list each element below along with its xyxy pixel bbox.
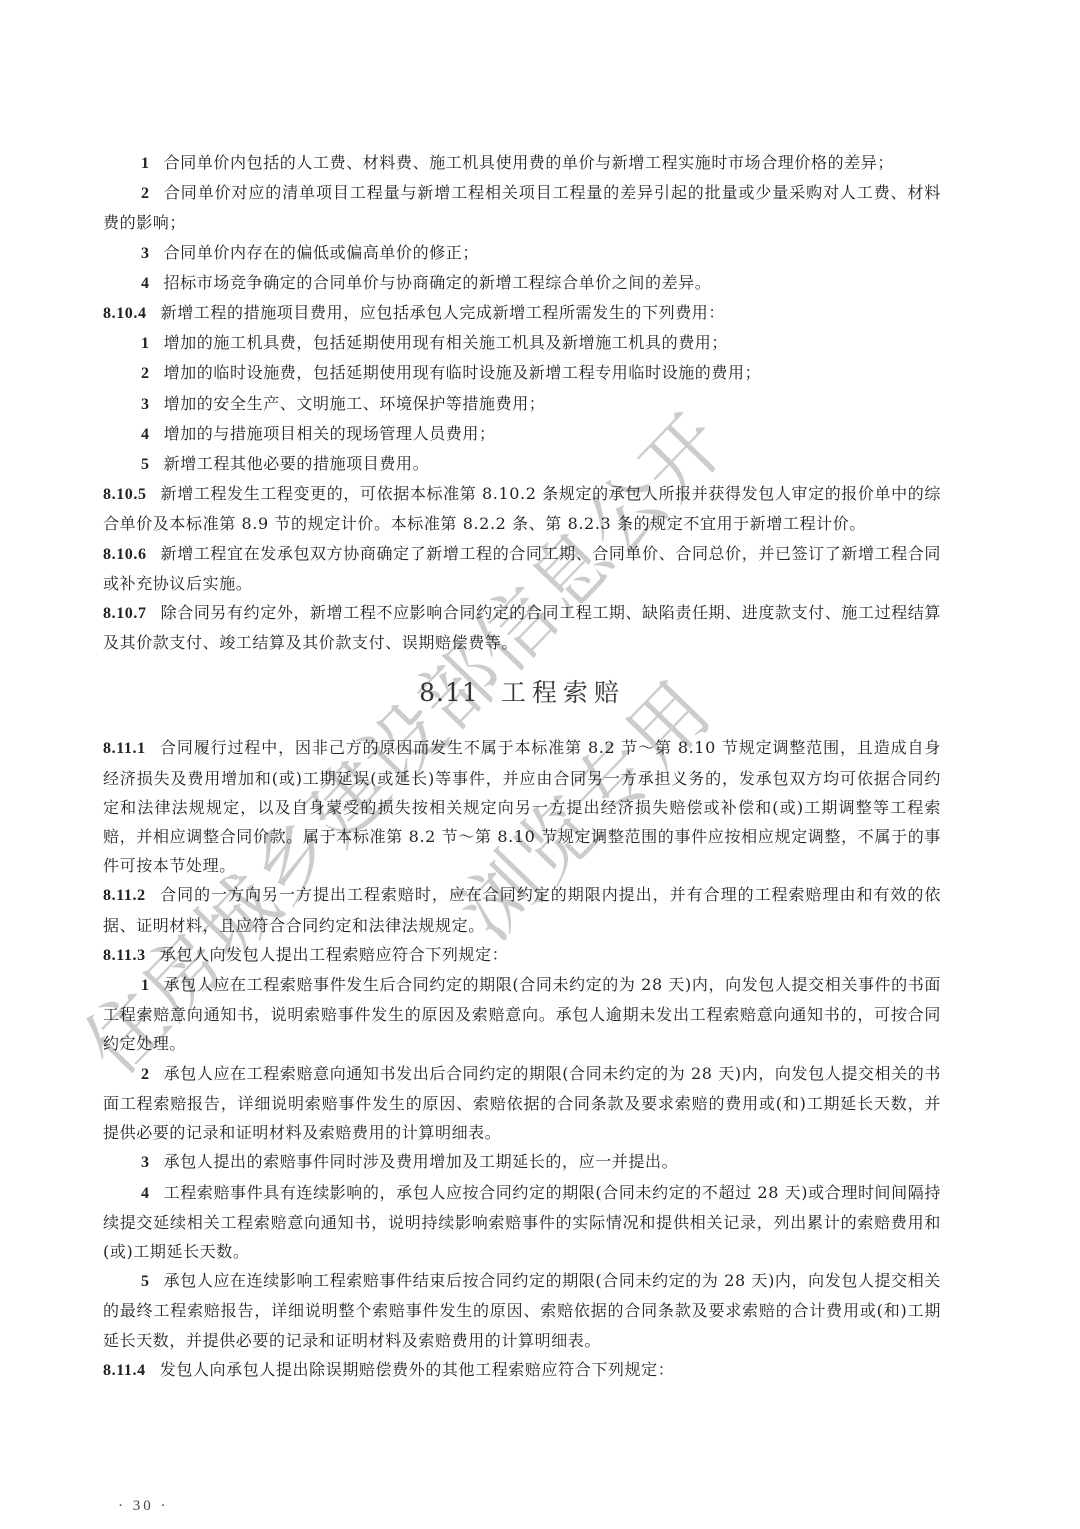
list-item: 5新增工程其他必要的措施项目费用。	[103, 449, 941, 479]
clause-8-11-2: 8.11.2合同的一方向另一方提出工程索赔时，应在合同约定的期限内提出，并有合理…	[103, 880, 941, 939]
list-item: 1合同单价内包括的人工费、材料费、施工机具使用费的单价与新增工程实施时市场合理价…	[103, 148, 941, 178]
list-item: 3增加的安全生产、文明施工、环境保护等措施费用；	[103, 389, 941, 419]
list-item: 4招标市场竞争确定的合同单价与协商确定的新增工程综合单价之间的差异。	[103, 268, 941, 298]
document-page: 1合同单价内包括的人工费、材料费、施工机具使用费的单价与新增工程实施时市场合理价…	[103, 148, 941, 1385]
list-item: 2增加的临时设施费，包括延期使用现有临时设施及新增工程专用临时设施的费用；	[103, 358, 941, 388]
page-number: · 30 ·	[118, 1498, 169, 1515]
clause-8-10-6: 8.10.6新增工程宜在发承包双方协商确定了新增工程的合同工期、合同单价、合同总…	[103, 539, 941, 598]
list-item: 5承包人应在连续影响工程索赔事件结束后按合同约定的期限(合同未约定的为 28 天…	[103, 1266, 941, 1355]
list-item: 1承包人应在工程索赔事件发生后合同约定的期限(合同未约定的为 28 天)内，向发…	[103, 970, 941, 1059]
list-item: 3合同单价内存在的偏低或偏高单价的修正；	[103, 238, 941, 268]
list-item: 2合同单价对应的清单项目工程量与新增工程相关项目工程量的差异引起的批量或少量采购…	[103, 178, 941, 237]
clause-8-11-1: 8.11.1合同履行过程中，因非己方的原因而发生不属于本标准第 8.2 节～第 …	[103, 733, 941, 880]
section-heading: 8.11工程索赔	[103, 675, 941, 711]
list-item: 3承包人提出的索赔事件同时涉及费用增加及工期延长的，应一并提出。	[103, 1147, 941, 1177]
list-item: 2承包人应在工程索赔意向通知书发出后合同约定的期限(合同未约定的为 28 天)内…	[103, 1059, 941, 1148]
list-item: 4增加的与措施项目相关的现场管理人员费用；	[103, 419, 941, 449]
list-item: 4工程索赔事件具有连续影响的，承包人应按合同约定的期限(合同未约定的不超过 28…	[103, 1178, 941, 1267]
clause-8-10-4: 8.10.4新增工程的措施项目费用，应包括承包人完成新增工程所需发生的下列费用：	[103, 298, 941, 328]
clause-8-10-5: 8.10.5新增工程发生工程变更的，可依据本标准第 8.10.2 条规定的承包人…	[103, 479, 941, 538]
clause-8-10-7: 8.10.7除合同另有约定外，新增工程不应影响合同约定的合同工程工期、缺陷责任期…	[103, 598, 941, 657]
clause-8-11-4: 8.11.4发包人向承包人提出除误期赔偿费外的其他工程索赔应符合下列规定：	[103, 1355, 941, 1385]
clause-8-11-3: 8.11.3承包人向发包人提出工程索赔应符合下列规定：	[103, 940, 941, 970]
list-item: 1增加的施工机具费，包括延期使用现有相关施工机具及新增施工机具的费用；	[103, 328, 941, 358]
